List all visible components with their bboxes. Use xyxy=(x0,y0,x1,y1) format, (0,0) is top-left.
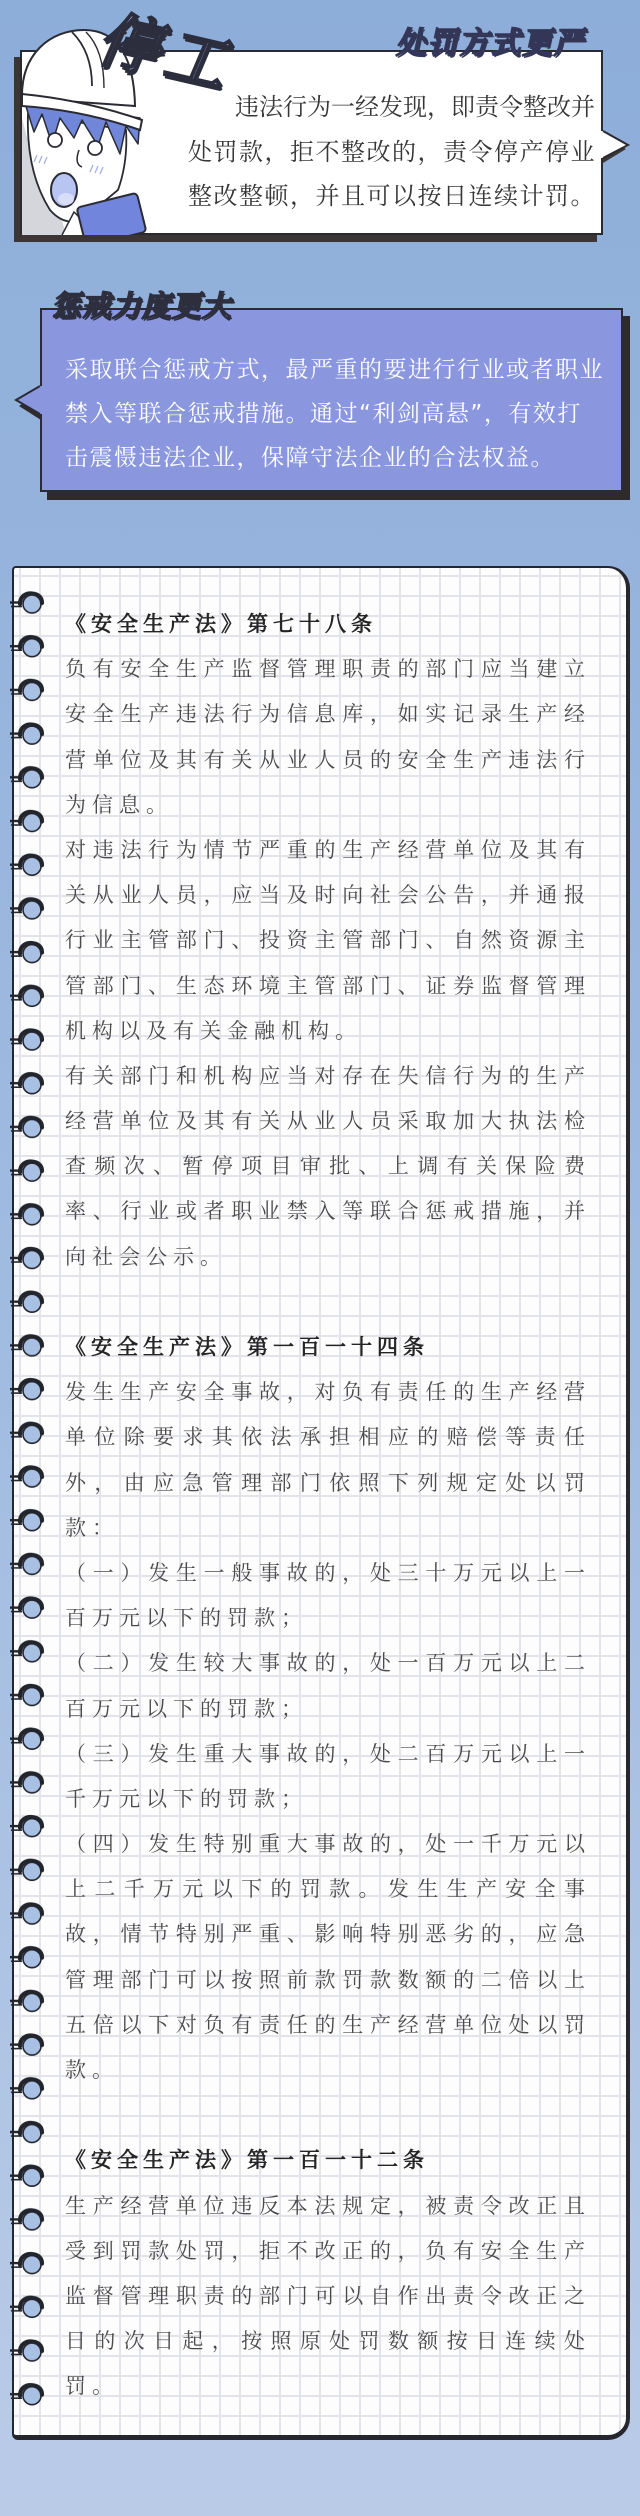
article-line: 负有安全生产监督管理职责的部门应当建立 xyxy=(65,647,591,692)
article-line: 款： xyxy=(65,1506,591,1551)
law-article: 《安全生产法》第七十八条 负有安全生产监督管理职责的部门应当建立 安全生产违法行… xyxy=(65,602,626,1280)
spiral-binding-rings-icon xyxy=(0,566,50,2416)
article-line: 为信息。 xyxy=(65,783,591,828)
article-line: （一）发生一般事故的，处三十万元以上一 xyxy=(65,1551,591,1596)
law-notebook: 《安全生产法》第七十八条 负有安全生产监督管理职责的部门应当建立 安全生产违法行… xyxy=(12,566,630,2440)
article-line: 机构以及有关金融机构。 xyxy=(65,1009,591,1054)
article-line: 外，由应急管理部门依照下列规定处以罚 xyxy=(65,1461,591,1506)
article-line: 安全生产违法行为信息库，如实记录生产经 xyxy=(65,692,591,737)
article-line: 百万元以下的罚款； xyxy=(65,1687,591,1732)
article-line: （四）发生特别重大事故的，处一千万元以 xyxy=(65,1822,591,1867)
speech-pointer-right-icon xyxy=(598,125,634,169)
article-line: 日的次日起，按照原处罚数额按日连续处 xyxy=(65,2319,591,2364)
article-line: 故，情节特别严重、影响特别恶劣的，应急 xyxy=(65,1912,591,1957)
article-line: 单位除要求其依法承担相应的赔偿等责任 xyxy=(65,1415,591,1460)
article-line: 百万元以下的罚款； xyxy=(65,1596,591,1641)
article-line: 向社会公示。 xyxy=(65,1235,591,1280)
speech-pointer-left-icon xyxy=(10,380,46,426)
article-line: （三）发生重大事故的，处二百万元以上一 xyxy=(65,1732,591,1777)
strict-penalty-text: 违法行为一经发现，即责令整改并 处罚款，拒不整改的，责令停产停业 整改整顿，并且… xyxy=(188,85,596,219)
article-heading: 《安全生产法》第七十八条 xyxy=(65,602,591,647)
article-line: 生产经营单位违反本法规定，被责令改正且 xyxy=(65,2184,591,2229)
article-line: 受到罚款处罚，拒不改正的，负有安全生产 xyxy=(65,2229,591,2274)
article-line: 千万元以下的罚款； xyxy=(65,1777,591,1822)
bubble-text-line: 采取联合惩戒方式，最严重的要进行行业或者职业 xyxy=(65,348,604,392)
bubble-text-line: 击震慑违法企业，保障守法企业的合法权益。 xyxy=(65,436,604,480)
article-line: 管理部门可以按照前款罚款数额的二倍以上 xyxy=(65,1958,591,2003)
article-line: 行业主管部门、投资主管部门、自然资源主 xyxy=(65,918,591,963)
article-line: 上二千万元以下的罚款。发生生产安全事 xyxy=(65,1867,591,1912)
bubble-text-line: 违法行为一经发现，即责令整改并 xyxy=(188,85,596,130)
article-line: 管部门、生态环境主管部门、证券监督管理 xyxy=(65,964,591,1009)
bubble-text-line: 整改整顿，并且可以按日连续计罚。 xyxy=(188,174,596,219)
punishment-intensity-text: 采取联合惩戒方式，最严重的要进行行业或者职业 禁入等联合惩戒措施。通过“利剑高悬… xyxy=(65,348,604,480)
article-line: 查频次、暂停项目审批、上调有关保险费 xyxy=(65,1144,591,1189)
article-line: 发生生产安全事故，对负有责任的生产经营 xyxy=(65,1370,591,1415)
section-title-strict-penalty: 处罚方式更严 xyxy=(395,29,590,59)
article-line: 率、行业或者职业禁入等联合惩戒措施，并 xyxy=(65,1189,591,1234)
article-line: 罚。 xyxy=(65,2364,591,2409)
article-line: 监督管理职责的部门可以自作出责令改正之 xyxy=(65,2274,591,2319)
section-title-punishment-intensity: 惩戒力度更大 xyxy=(51,291,237,321)
article-line: 经营单位及其有关从业人员采取加大执法检 xyxy=(65,1099,591,1144)
article-line: 有关部门和机构应当对存在失信行为的生产 xyxy=(65,1054,591,1099)
article-line: （二）发生较大事故的，处一百万元以上二 xyxy=(65,1641,591,1686)
law-article: 《安全生产法》第一百一十四条 发生生产安全事故，对负有责任的生产经营 单位除要求… xyxy=(65,1325,626,2093)
bubble-text-line: 禁入等联合惩戒措施。通过“利剑高悬”，有效打 xyxy=(65,392,604,436)
article-heading: 《安全生产法》第一百一十四条 xyxy=(65,1325,591,1370)
article-line: 关从业人员，应当及时向社会公告，并通报 xyxy=(65,873,591,918)
law-article: 《安全生产法》第一百一十二条 生产经营单位违反本法规定，被责令改正且 受到罚款处… xyxy=(65,2138,626,2409)
bubble-text-line: 处罚款，拒不整改的，责令停产停业 xyxy=(188,130,596,175)
infographic-page: 停工 处罚方式更严 违法行为一经发现，即责令整改并 处罚款，拒不整改的，责令停产… xyxy=(0,0,640,2516)
article-line: 五倍以下对负有责任的生产经营单位处以罚 xyxy=(65,2003,591,2048)
article-line: 款。 xyxy=(65,2048,591,2093)
article-heading: 《安全生产法》第一百一十二条 xyxy=(65,2138,591,2183)
article-line: 营单位及其有关从业人员的安全生产违法行 xyxy=(65,738,591,783)
article-line: 对违法行为情节严重的生产经营单位及其有 xyxy=(65,828,591,873)
